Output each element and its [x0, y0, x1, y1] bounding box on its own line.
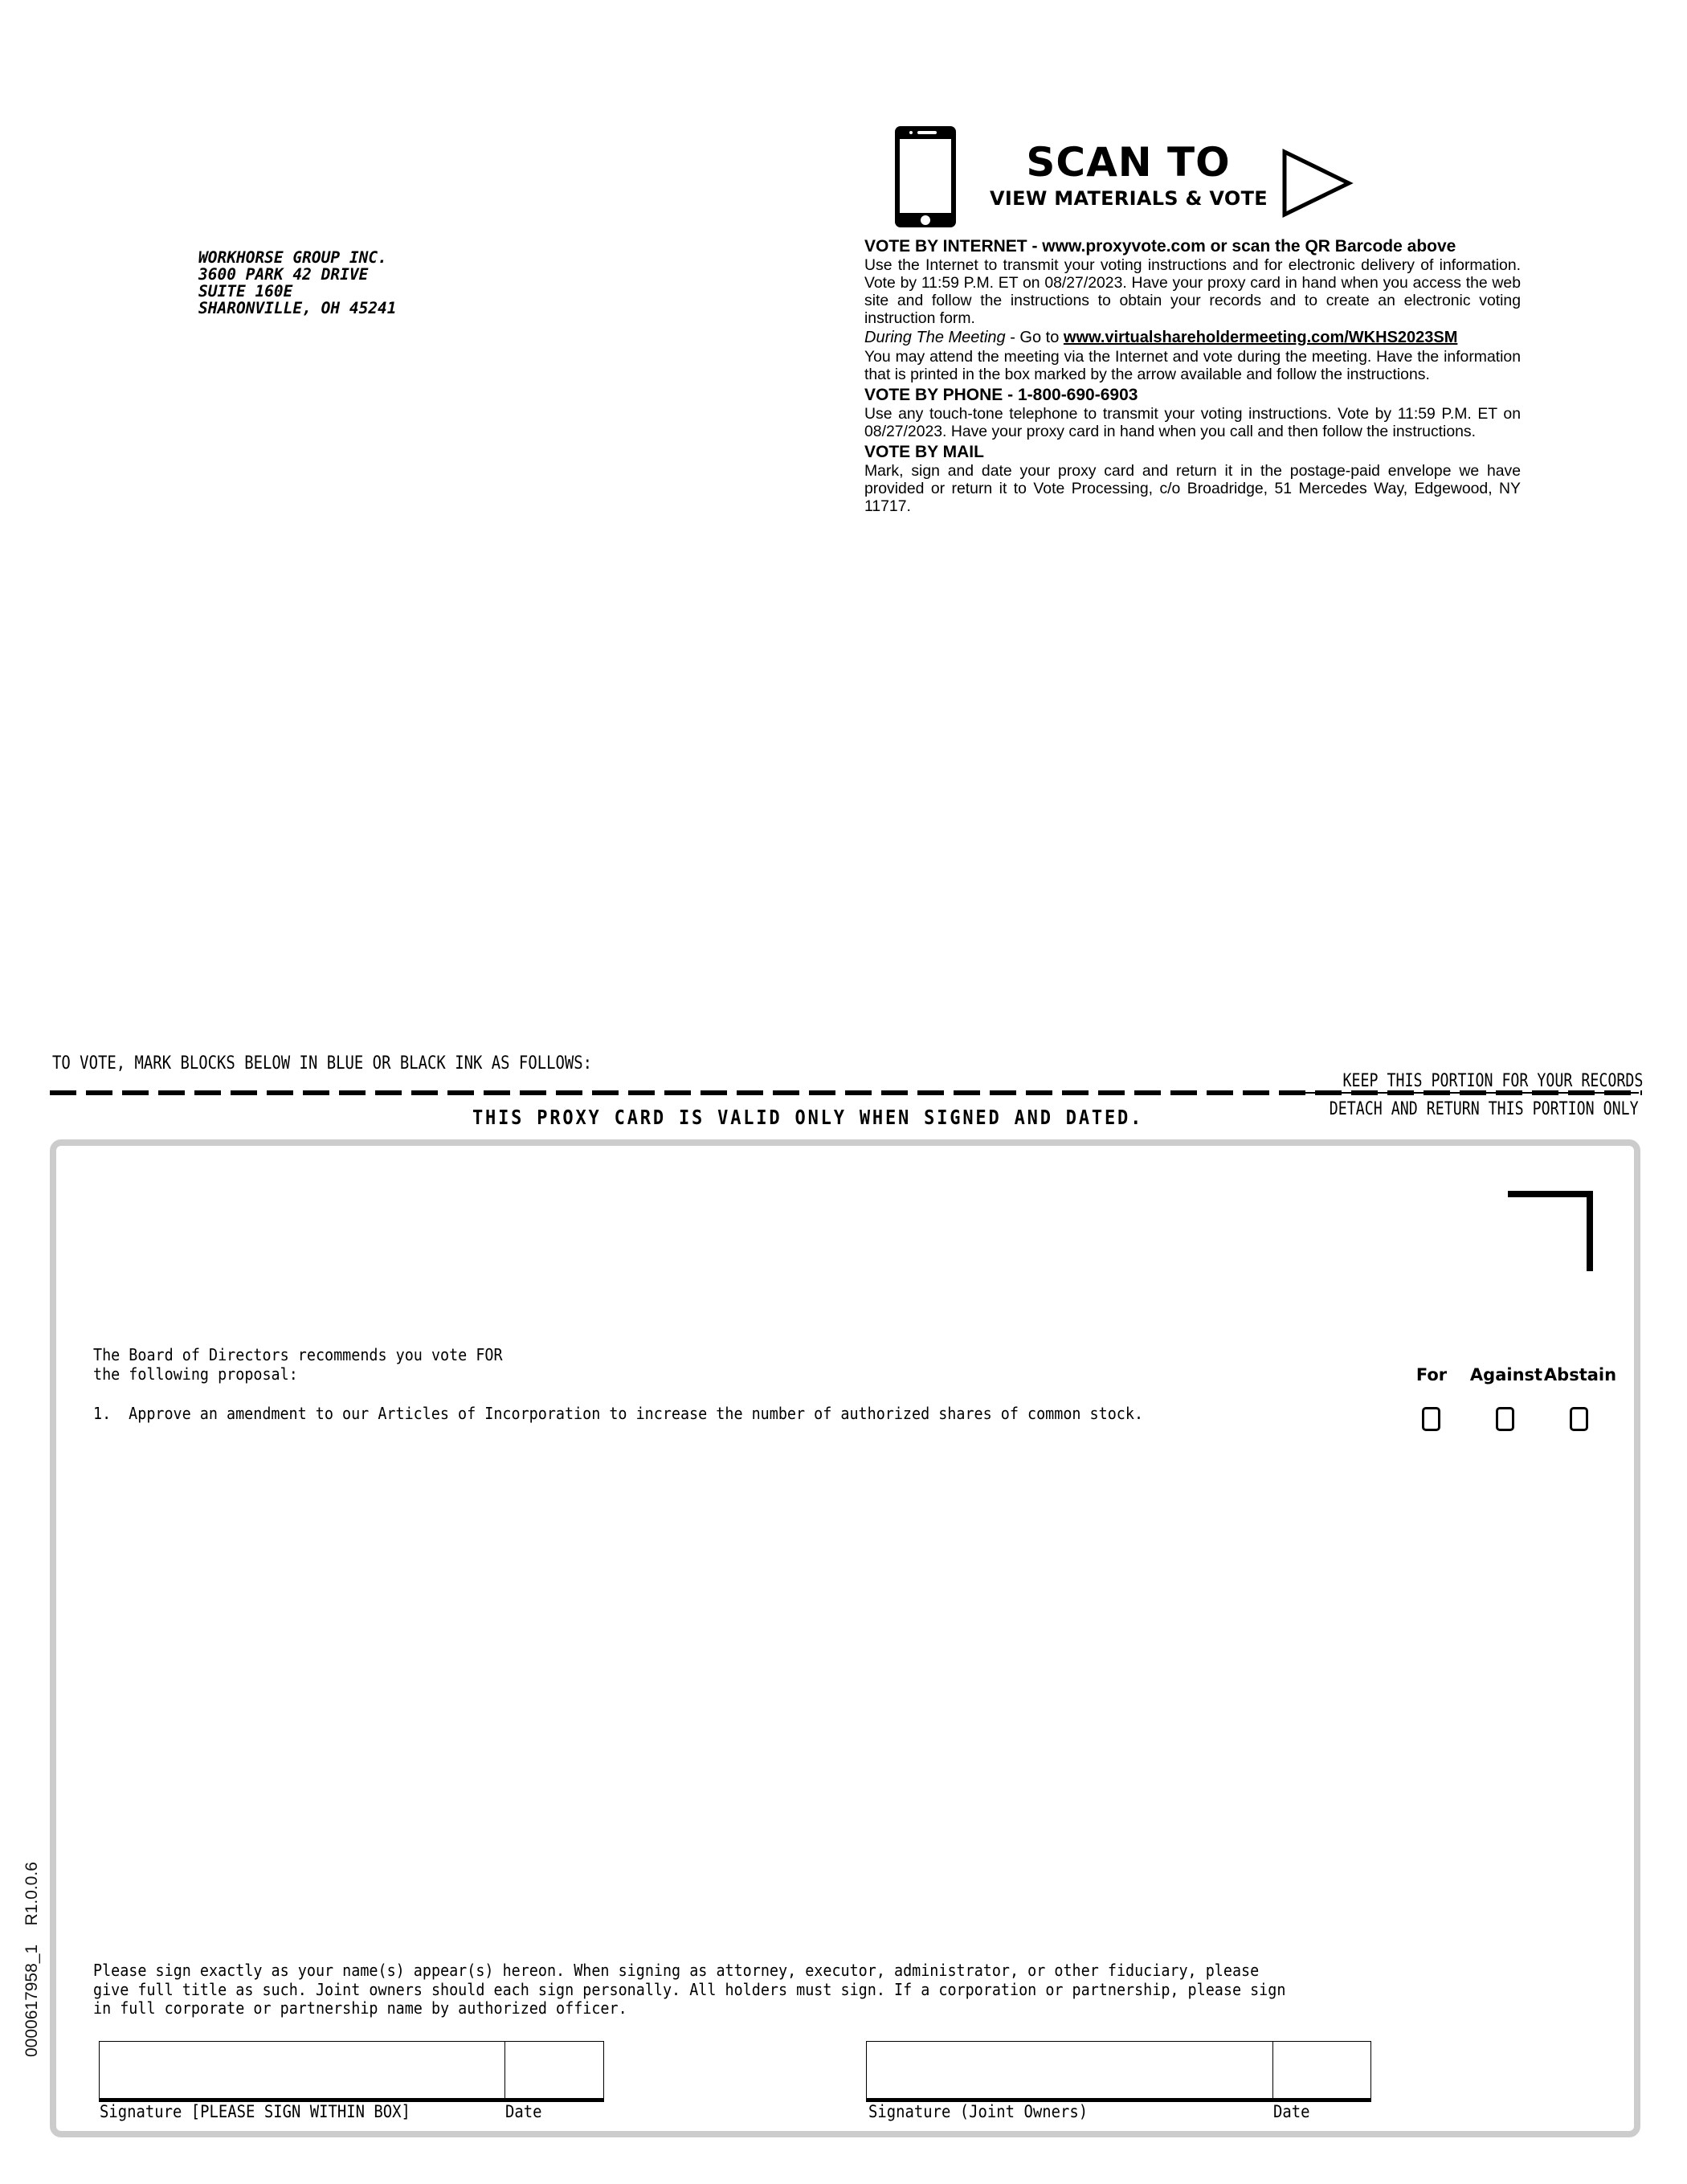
detach-portion-label: DETACH AND RETURN THIS PORTION ONLY: [1253, 1099, 1639, 1120]
date-label: Date: [505, 2102, 542, 2121]
proposal-text: Approve an amendment to our Articles of …: [129, 1404, 1163, 1423]
proposal-1-for-checkbox[interactable]: [1422, 1407, 1440, 1431]
voting-instructions: VOTE BY INTERNET - www.proxyvote.com or …: [864, 236, 1521, 515]
scan-subtitle: VIEW MATERIALS & VOTE: [976, 186, 1281, 211]
during-meeting-label: During The Meeting: [864, 329, 1006, 346]
date-field-divider: [504, 2042, 505, 2098]
keep-portion-label: KEEP THIS PORTION FOR YOUR RECORDS: [1281, 1071, 1639, 1094]
vote-by-phone-heading: VOTE BY PHONE - 1-800-690-6903: [864, 385, 1521, 405]
vote-by-phone-body: Use any touch-tone telephone to transmit…: [864, 405, 1521, 440]
vote-by-internet-body: Use the Internet to transmit your voting…: [864, 256, 1521, 327]
to-vote-instruction: TO VOTE, MARK BLOCKS BELOW IN BLUE OR BL…: [52, 1053, 592, 1074]
keep-portion-text: KEEP THIS PORTION FOR YOUR RECORDS: [1343, 1071, 1644, 1092]
during-meeting-body: You may attend the meeting via the Inter…: [864, 348, 1521, 383]
detach-portion-text: DETACH AND RETURN THIS PORTION ONLY: [1330, 1099, 1639, 1120]
during-meeting-goto: - Go to: [1006, 329, 1064, 346]
during-meeting-line: During The Meeting - Go to www.virtualsh…: [864, 329, 1521, 346]
joint-signature-box[interactable]: [866, 2041, 1371, 2102]
address-line: SUITE 160E: [198, 283, 397, 300]
scan-title: SCAN TO: [1014, 138, 1243, 186]
address-line: WORKHORSE GROUP INC.: [198, 249, 397, 266]
signing-instructions: Please sign exactly as your name(s) appe…: [93, 1961, 1290, 2018]
signature-label: Signature [PLEASE SIGN WITHIN BOX]: [100, 2102, 411, 2121]
proposal-1-against-checkbox[interactable]: [1496, 1407, 1514, 1431]
proposal-item: 1.Approve an amendment to our Articles o…: [93, 1404, 1187, 1423]
address-line: 3600 PARK 42 DRIVE: [198, 266, 397, 283]
play-arrow-icon: [1281, 149, 1354, 218]
address-line: SHARONVILLE, OH 45241: [198, 300, 397, 317]
proposal-number: 1.: [93, 1404, 129, 1423]
document-control-code: 0000617958_1 R1.0.0.6: [22, 1862, 42, 2057]
proposal-1-abstain-checkbox[interactable]: [1570, 1407, 1588, 1431]
signature-box[interactable]: [99, 2041, 604, 2102]
vote-by-internet-heading: VOTE BY INTERNET - www.proxyvote.com or …: [864, 236, 1521, 256]
vote-by-mail-body: Mark, sign and date your proxy card and …: [864, 462, 1521, 515]
vote-column-abstain: Abstain: [1536, 1365, 1624, 1384]
valid-notice: THIS PROXY CARD IS VALID ONLY WHEN SIGNE…: [472, 1106, 1143, 1129]
joint-date-label: Date: [1273, 2102, 1310, 2121]
vote-by-mail-heading: VOTE BY MAIL: [864, 442, 1521, 462]
board-recommendation: The Board of Directors recommends you vo…: [93, 1345, 503, 1384]
joint-signature-label: Signature (Joint Owners): [868, 2102, 1088, 2121]
joint-date-field-divider: [1272, 2042, 1273, 2098]
mailing-address: WORKHORSE GROUP INC.3600 PARK 42 DRIVESU…: [198, 249, 397, 317]
corner-mark-icon: [1508, 1191, 1593, 1271]
virtual-meeting-link[interactable]: www.virtualshareholdermeeting.com/WKHS20…: [1064, 329, 1458, 346]
smartphone-icon: [893, 125, 958, 229]
